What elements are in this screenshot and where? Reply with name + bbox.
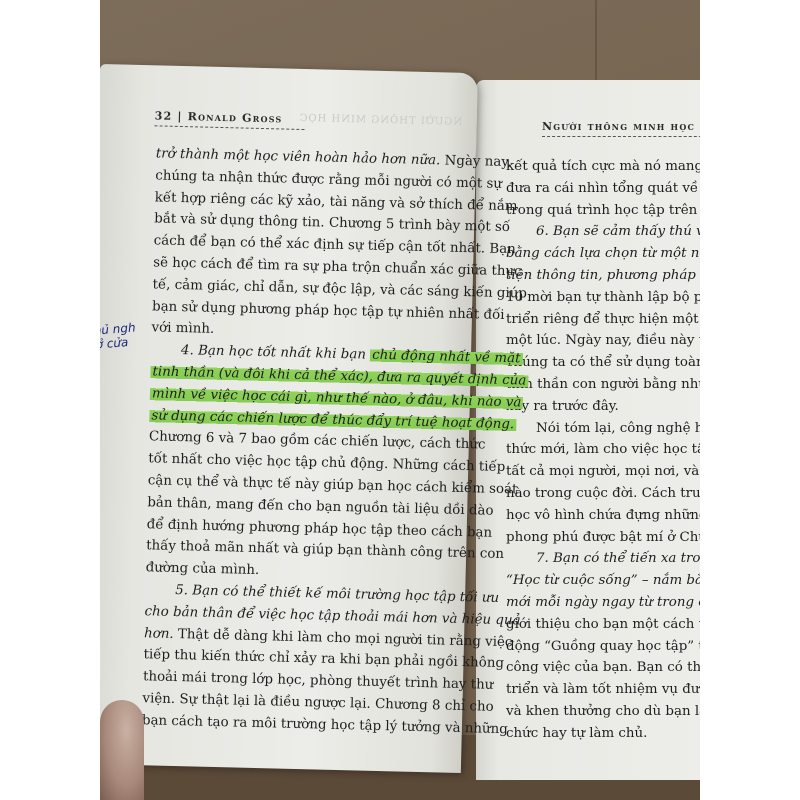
text-line: 6. Bạn sẽ cảm thấy thú vị n: [506, 221, 700, 243]
text-line: học vô hình chứa đựng những n: [506, 505, 700, 527]
left-page: 32 | Ronald Gross NGƯỜI THÔNG MINH HỌC p…: [100, 64, 478, 773]
text-line: Nói tóm lại, công nghệ hiệ: [506, 418, 700, 440]
show-through-text: NGƯỜI THÔNG MINH HỌC: [299, 113, 463, 128]
text-line: giới thiệu cho bạn một cách thú: [506, 614, 700, 636]
text-line: 7. Bạn có thể tiến xa trong n: [506, 548, 700, 570]
text-line: và khen thưởng cho dù bạn là: [506, 701, 700, 723]
text-line: triển và làm tốt nhiệm vụ được: [506, 679, 700, 701]
text-line: tiện thông tin, phương pháp và ki: [506, 265, 700, 287]
left-running-head: 32 | Ronald Gross: [154, 109, 304, 130]
text-line: triển riêng để thực hiện một số: [506, 309, 700, 331]
text-line: thức mới, làm cho việc học tập t: [506, 439, 700, 461]
thumb: [100, 700, 144, 800]
text-line: kết quả tích cực mà nó mang lại.: [506, 156, 700, 178]
handwritten-margin-note: p'hủ nghmở cửa: [100, 320, 140, 352]
text-line: chức hay tự làm chủ.: [506, 723, 700, 745]
handwriting-line: mở cửa: [100, 334, 140, 352]
left-page-text: trở thành một học viên hoàn hảo hơn nữa.…: [142, 143, 461, 739]
cardboard-seam: [595, 0, 597, 90]
text-line: đưa ra cái nhìn tổng quát về nhữ: [506, 178, 700, 200]
right-running-head: Người thông minh học tập: [542, 120, 700, 137]
book-photo: Người thông minh học tập kết quả tích cự…: [100, 0, 700, 800]
text-line: động “Guồng quay học tập” tr: [506, 636, 700, 658]
text-line: tất cả mọi người, mọi nơi, và v: [506, 461, 700, 483]
highlighted-text: chủ động nhất về mặt: [370, 348, 523, 367]
text-line: phong phú được bật mí ở Chươ: [506, 527, 700, 549]
text-line: xảy ra trước đây.: [506, 396, 700, 418]
text-line: bằng cách lựa chọn từ một nguồn p: [506, 243, 700, 265]
text-line: một lúc. Ngày nay, điều này th: [506, 330, 700, 352]
text-line: nào trong cuộc đời. Cách truy: [506, 483, 700, 505]
text-line: tinh thần con người bằng những: [506, 374, 700, 396]
text-line: chúng ta có thể sử dụng toàn b: [506, 352, 700, 374]
text-line: trong quá trình học tập trên mạn: [506, 200, 700, 222]
text-line: “Học từ cuộc sống” – nắm bắt nhi: [506, 570, 700, 592]
right-page-text: kết quả tích cực mà nó mang lại.đưa ra c…: [506, 156, 700, 745]
text-line: công việc của bạn. Bạn có thể t: [506, 657, 700, 679]
text-line: 10 mời bạn tự thành lập bộ phận: [506, 287, 700, 309]
text-line: mới mỗi ngày ngay từ trong công: [506, 592, 700, 614]
